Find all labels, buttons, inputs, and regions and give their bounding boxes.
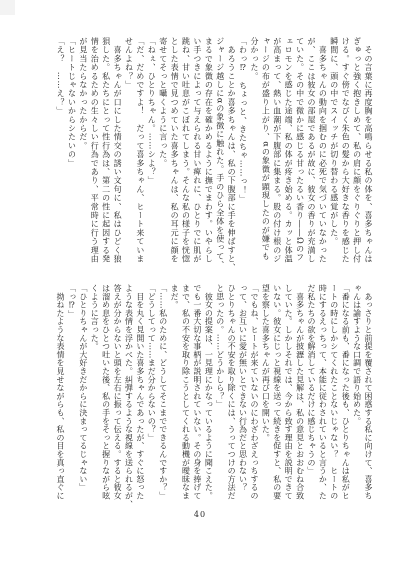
text-column: その言葉に再度胸を高鳴らせる私の体を、喜多ちゃんは [363, 37, 374, 267]
text-column: まだ。 [169, 284, 180, 500]
text-column: 情を治めるための生々しい行為であり、平常時に行う理由 [89, 37, 100, 267]
text-column: 「ねぇ、ひとりちゃん。……シよ？」 [146, 37, 157, 267]
novel-page: その言葉に再度胸を高鳴らせる私の体を、喜多ちゃんはぎゅっと強く抱きしめて、私の肩… [0, 0, 400, 565]
text-column: 目を丸く見開いた喜多ちゃんであったが、すぐに怒った [134, 284, 145, 500]
text-column: 喜多ちゃんの動向を掴むのに必死で気づいていなかった [317, 37, 328, 267]
text-column: 望を察した喜多ちゃんが再び口を開いた。 [260, 284, 271, 500]
text-column: 狽した。私たちにとって性行為は、第二の性に起因する発 [100, 37, 111, 267]
text-column: ひとりちゃんの不安を取り除くには、うってつけの方法だ [226, 284, 237, 500]
text-column: が、ここは彼女の部屋であるが故に、彼女の香りが充満し [306, 37, 317, 267]
text-column: ャージの布が盛り上がり、αの象徴が顕現したのが嫌でも [260, 37, 271, 267]
text-column: せんよね？」 [123, 37, 134, 267]
text-column: 喜多ちゃんが披瀝した見解は、私の意見とおおむね合致 [294, 284, 305, 500]
text-column: 彼女の提案は、一見理にかなっているように聞こえた。 [203, 284, 214, 500]
text-column: ぎゅっと強く抱きしめて、私の肩に顔をぐりぐりと押し付 [351, 37, 362, 267]
top-text-block: その言葉に再度胸を高鳴らせる私の体を、喜多ちゃんはぎゅっと強く抱きしめて、私の肩… [55, 37, 374, 267]
text-column: くように言った。 [89, 284, 100, 500]
text-column: まで、私の不安を取り除こうとしてくれる動機が曖昧なま [180, 284, 191, 500]
page-number: 40 [0, 510, 400, 519]
text-column: 分かった。 [249, 37, 260, 267]
text-column: 「っ⁉」 [66, 284, 77, 500]
text-column: 「え？ ……え？」 [55, 37, 66, 267]
text-column: 「わっ⁉ ちょっと、きたちゃ……っ！」 [237, 37, 248, 267]
text-column: とした表情で見つめていた喜多ちゃんは、私の耳元に顔を [169, 37, 180, 267]
text-column: 「ヒートじゃないからシたいの」 [66, 37, 77, 267]
text-column: 時にするえっちって、本能に従わされていると言うか、た [317, 284, 328, 500]
text-column: でも一番大切な事柄が説明されていない。その身を捧げて [192, 284, 203, 500]
text-column: 瞬間に、頭の中でスイッチが切り替わる感覚がした。 [328, 37, 339, 267]
text-column: 「だ、だめですよ！ だって喜多ちゃん、ヒート来ていま [134, 37, 145, 267]
text-column: と思ったの。……どうかしら？」 [214, 284, 225, 500]
text-column: まるで象徴の存在を確かめるように撫でまわす。いやらし [203, 37, 214, 267]
text-column: いない。彼女にじっと視線を送って続きを促すと、私の要 [271, 284, 282, 500]
text-column: ような表情を浮かべた。糾弾するような視線を送られるが、 [123, 284, 134, 500]
text-column: 「番になる前も、番になった後も、ひとりちゃんは私がヒ [340, 284, 351, 500]
text-column: 「でもね、ヒートが来ていないのにわざわざえっちするの [249, 284, 260, 500]
text-column: が見当たらなかったからだ。 [77, 37, 88, 267]
text-column: い手つきによって与えられる甘い痺れに、ひとりでに肌が [192, 37, 203, 267]
text-column: って、お互いに愛が無いとできない行為だと思わない？ [237, 284, 248, 500]
text-column: は溜め息をひとつ吐いた後、私の手をそっと握りながら呟 [100, 284, 111, 500]
text-column: 「ひとりちゃんが大好きだからに決まってるじゃない」 [77, 284, 88, 500]
text-column: ゃんは諭すような口調で語り始めた。 [351, 284, 362, 500]
text-column: 寄せてそっと囁くように言った。 [157, 37, 168, 267]
text-column: ていた。その中で微かに感じる甘ったるい香り――Ωのフ [294, 37, 305, 267]
text-column: ェロモンを感じた途端、私の体が疼き始める。カッと体温 [283, 37, 294, 267]
text-column: が高まって、熱い血潮が下腹部に集まる。股の付け根のジ [271, 37, 282, 267]
text-column: 答えが分からないと頭を左右に振って伝える。すると彼女 [112, 284, 123, 500]
text-column: ける。すぐ傍でなびく朱色の髪から大好きな香りを感じた [340, 37, 351, 267]
text-column: 喜多ちゃんが口にした情交の誘い文句に、私はひどく狼 [112, 37, 123, 267]
text-column: だ私たちの欲を解消しているだけに感じちゃうの」 [306, 284, 317, 500]
text-column: あっさりと前提を覆されて困惑する私に向けて、喜多ち [363, 284, 374, 500]
text-column: 跳ね、甘い吐息がこぼれてしまう。そんな私の様子を恍惚 [180, 37, 191, 267]
text-column: ジャージ越しにαの象徴に触れた。手のひら全体を使って、 [214, 37, 225, 267]
scan-corner-artifact [0, 0, 15, 15]
text-column: 「……私のために、どうしてそこまでできるんですか？」 [157, 284, 168, 500]
text-column: 「どうしてって……まだ分からないの？」 [146, 284, 157, 500]
text-column: 拗ねたような表情を見せながらも、私の目を真っ直ぐに [55, 284, 66, 500]
bottom-text-block: あっさりと前提を覆されて困惑する私に向けて、喜多ちゃんは諭すような口調で語り始め… [55, 284, 374, 500]
text-column: していた。しかしそれでは、今から致す理由を説明できて [283, 284, 294, 500]
text-column: あろうことか喜多ちゃんは、私の下腹部に手を伸ばすと、 [226, 37, 237, 267]
text-column: ートの時にしかシてくれたことないじゃない？ ヒートの [328, 284, 339, 500]
